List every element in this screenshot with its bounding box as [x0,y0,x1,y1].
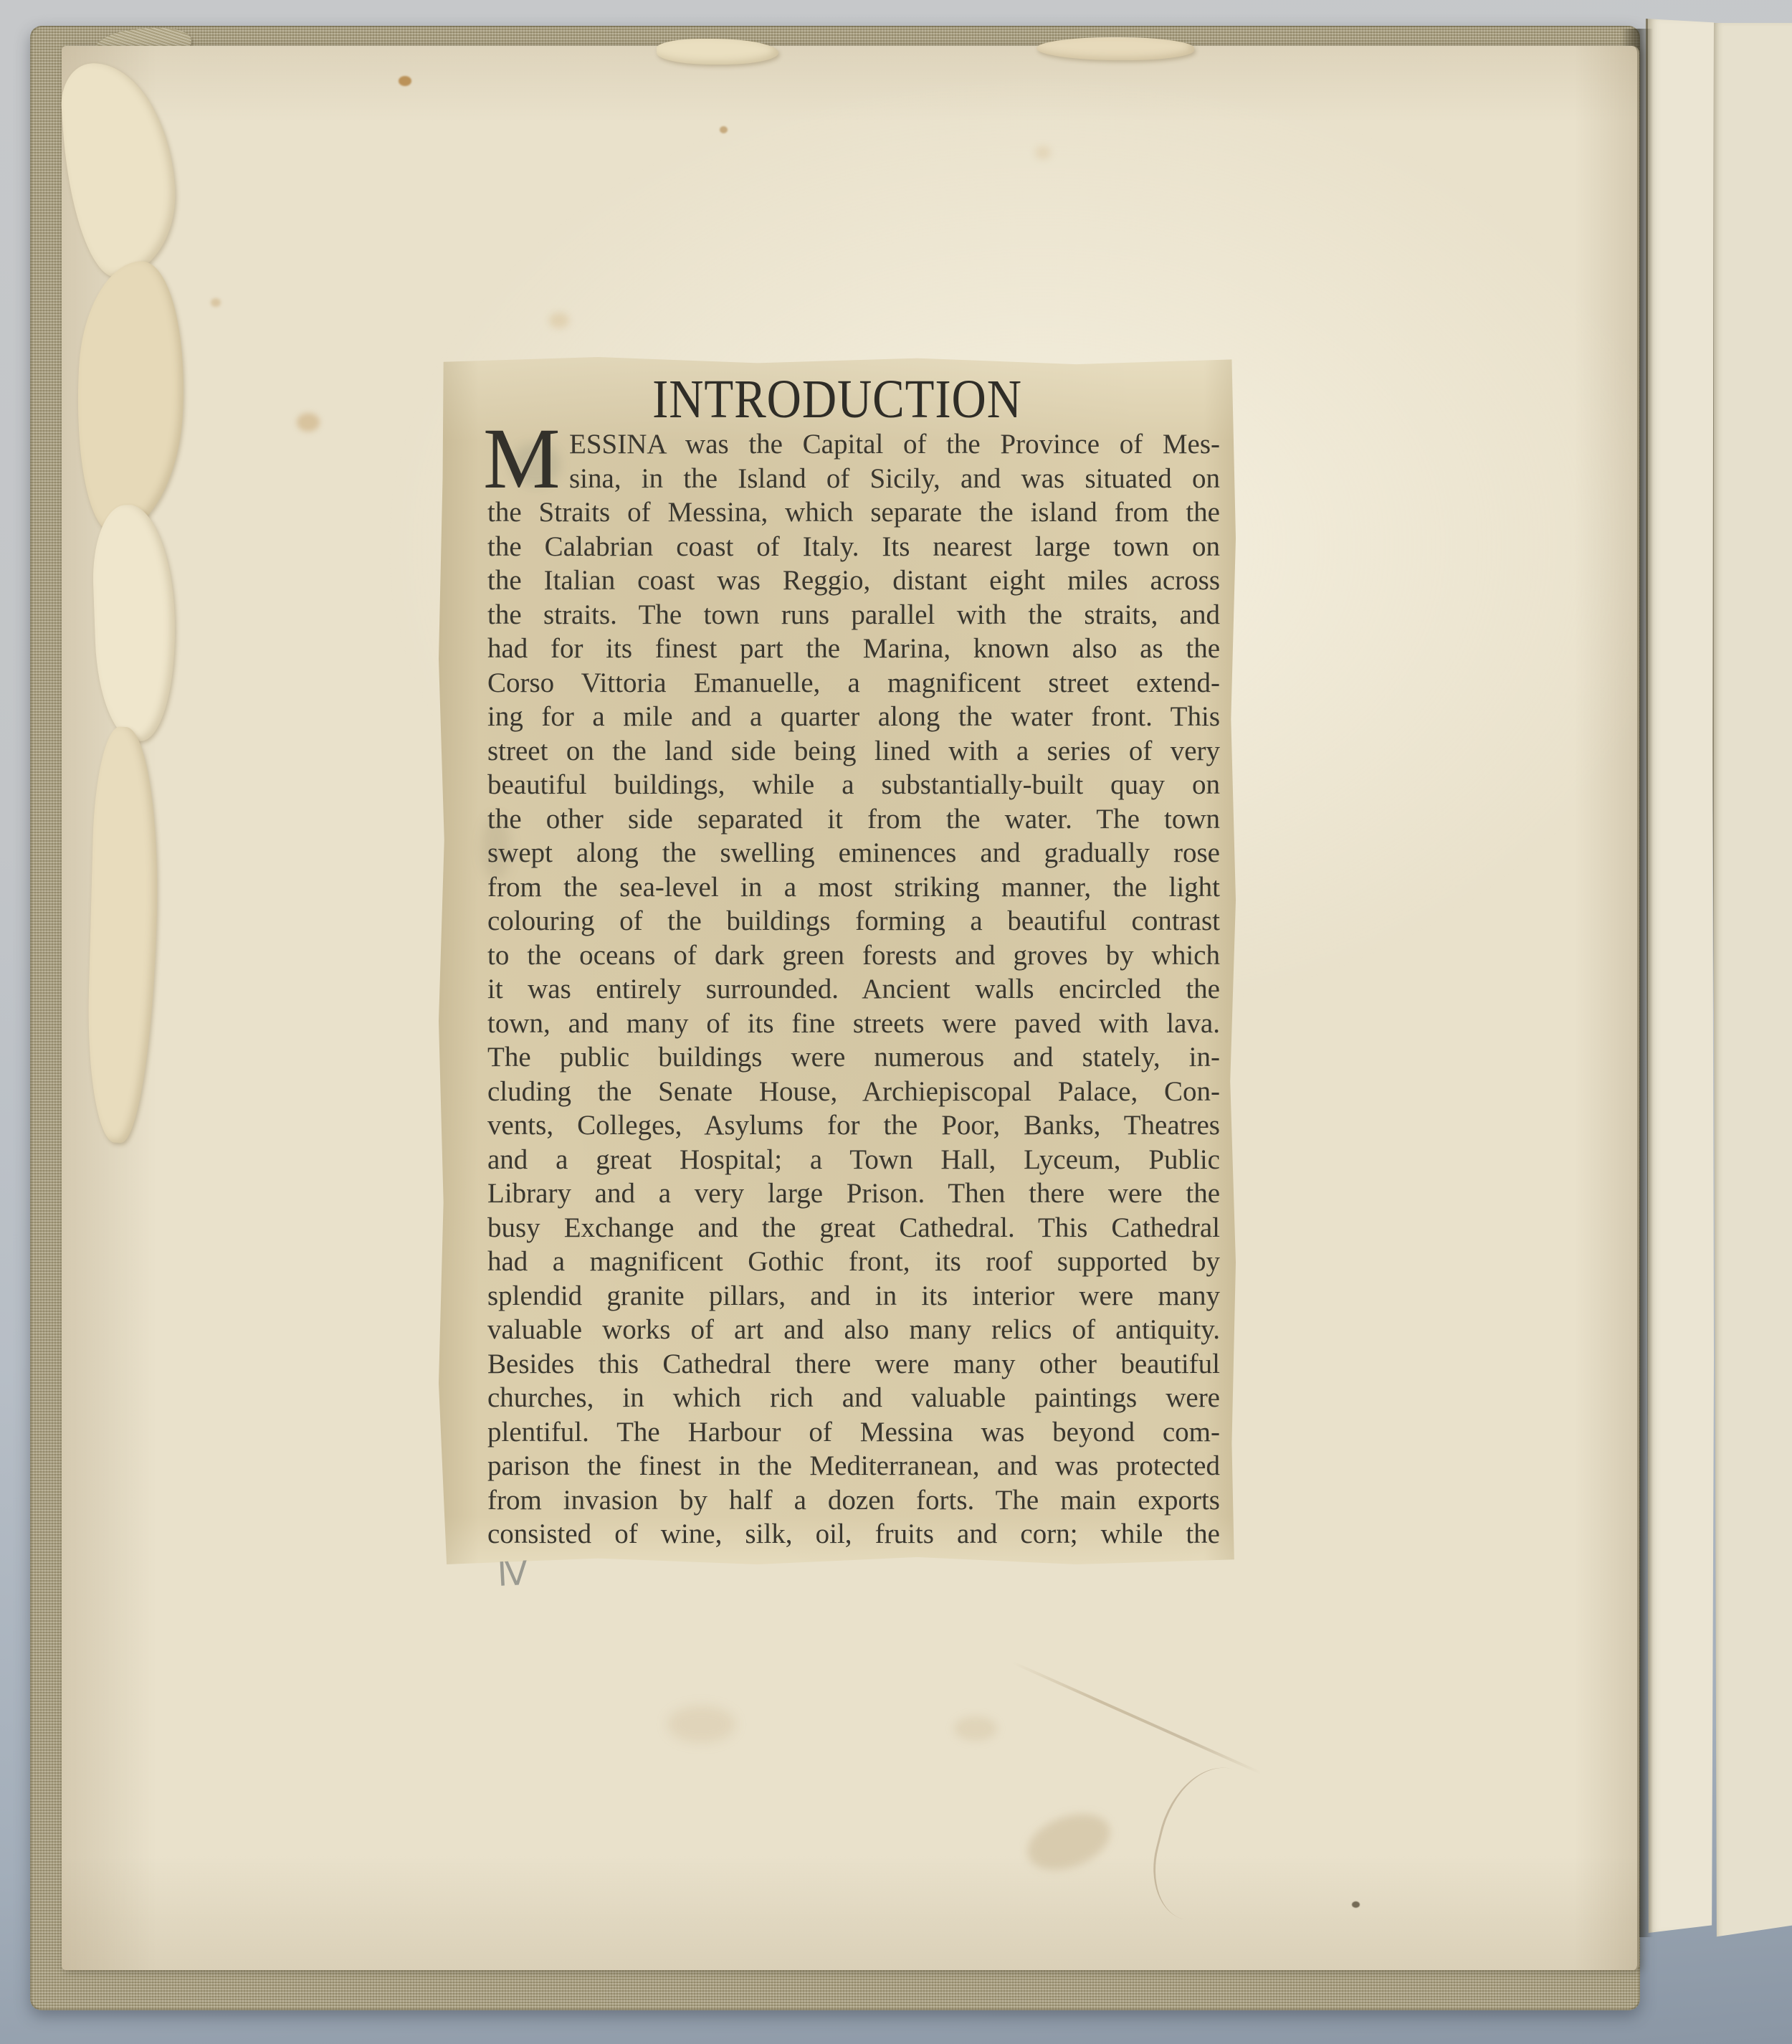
dark-speck [1352,1901,1360,1908]
torn-paper-flap [657,39,778,65]
page-crease [1141,1756,1286,1935]
text-line: town, and many of its fine streets were … [487,1007,1220,1041]
clipping-body: M ESSINA was the Capital of the Province… [487,427,1220,1551]
text-line: the other side separated it from the wat… [487,802,1220,837]
text-line: splendid granite pillars, and in its int… [487,1279,1220,1313]
text-line: colouring of the buildings forming a bea… [487,904,1220,938]
stain [667,1706,735,1743]
torn-paper-flap [90,503,178,743]
underlying-page-edge-middle [1646,19,1714,1933]
text-line: Library and a very large Prison. Then th… [487,1177,1220,1211]
text-line: plentiful. The Harbour of Messina was be… [487,1415,1220,1450]
text-line: had a magnificent Gothic front, its roof… [487,1245,1220,1279]
text-line: street on the land side being lined with… [487,734,1220,769]
scanned-scrapbook-page: INTRODUCTION M ESSINA was the Capital of… [0,0,1792,2044]
torn-paper-flap [59,58,181,280]
foxing-spot [297,413,320,432]
drop-cap-letter: M [483,424,561,493]
pencil-annotation: IV [497,1554,527,1594]
text-line: cluding the Senate House, Archiepiscopal… [487,1075,1220,1109]
foxing-spot [399,76,411,86]
clipping-title: INTRODUCTION [487,374,1188,424]
text-line: Besides this Cathedral there were many o… [487,1347,1220,1382]
page-crease [1012,1661,1262,1774]
text-line: parison the finest in the Mediterranean,… [487,1449,1220,1483]
text-line: and a great Hospital; a Town Hall, Lyceu… [487,1143,1220,1177]
text-line: swept along the swelling eminences and g… [487,836,1220,870]
torn-paper-flap [1036,37,1194,60]
text-line: busy Exchange and the great Cathedral. T… [487,1211,1220,1245]
text-line: the Italian coast was Reggio, distant ei… [487,564,1220,598]
foxing-spot [720,126,728,133]
foxing-spot [1035,146,1051,159]
text-line: ing for a mile and a quarter along the w… [487,700,1220,734]
text-line: to the oceans of dark green forests and … [487,938,1220,973]
pasted-printed-clipping: INTRODUCTION M ESSINA was the Capital of… [439,357,1236,1564]
torn-paper-flap [70,258,191,536]
text-line: it was entirely surrounded. Ancient wall… [487,972,1220,1007]
text-line: the Calabrian coast of Italy. Its neares… [487,530,1220,564]
text-line: from the sea-level in a most striking ma… [487,870,1220,905]
text-line: vents, Colleges, Asylums for the Poor, B… [487,1108,1220,1143]
text-line: ESSINA was the Capital of the Province o… [487,427,1220,462]
text-line: churches, in which rich and valuable pai… [487,1381,1220,1415]
stain [954,1716,997,1741]
text-line: valuable works of art and also many reli… [487,1313,1220,1347]
text-line: had for its finest part the Marina, know… [487,632,1220,666]
text-line: beautiful buildings, while a substantial… [487,768,1220,802]
text-line: The public buildings were numerous and s… [487,1040,1220,1075]
torn-paper-flap [85,726,161,1144]
foxing-spot [549,313,569,328]
clipping-text-lines: ESSINA was the Capital of the Province o… [487,427,1220,1551]
text-line: consisted of wine, silk, oil, fruits and… [487,1517,1220,1551]
stain [1020,1804,1118,1881]
text-line: Corso Vittoria Emanuelle, a magnificent … [487,666,1220,700]
foxing-spot [211,298,221,307]
underlying-page-edge-right [1712,23,1792,1944]
text-line: sina, in the Island of Sicily, and was s… [487,462,1220,496]
text-line: the Straits of Messina, which separate t… [487,495,1220,530]
text-line: from invasion by half a dozen forts. The… [487,1483,1220,1518]
text-line: the straits. The town runs parallel with… [487,598,1220,632]
